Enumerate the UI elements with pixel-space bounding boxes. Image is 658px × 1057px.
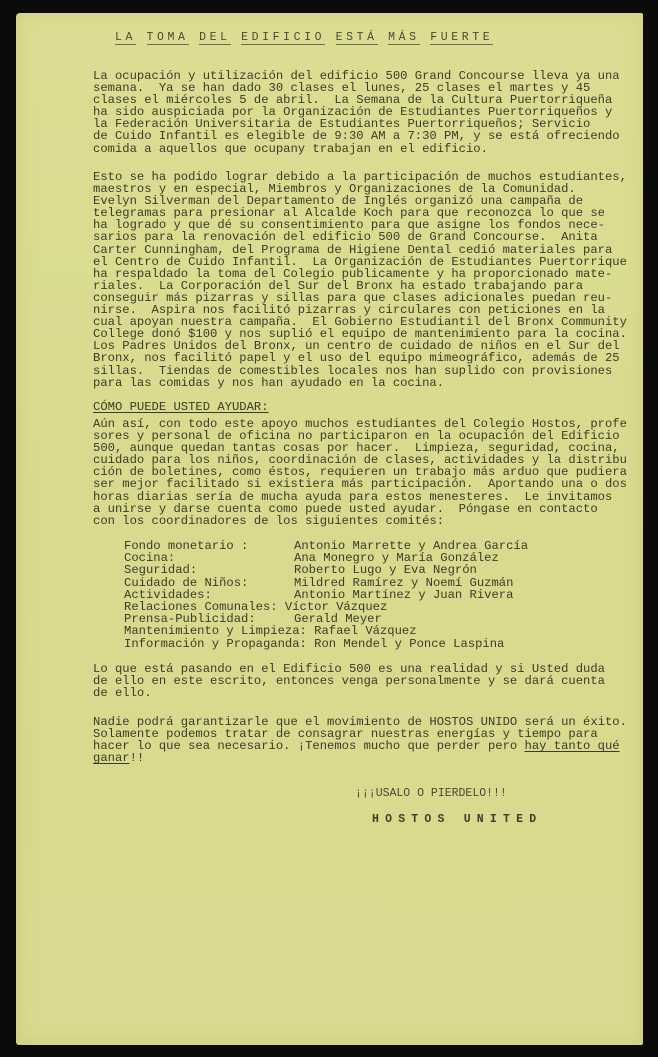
- title-word: DEL: [199, 31, 231, 45]
- committee-title: Cuidado de Niños:: [124, 577, 294, 589]
- committee-row: Seguridad: Roberto Lugo y Eva Negrón: [124, 564, 528, 576]
- closing-emphasis: ganar: [93, 751, 130, 765]
- slogan: ¡¡¡USALO O PIERDELO!!!: [355, 787, 507, 800]
- committee-row: Mantenimiento y Limpieza: Rafael Vázquez: [124, 625, 528, 637]
- typed-flyer-page: LA TOMA DEL EDIFICIO ESTÁ MÁS FUERTE La …: [16, 13, 643, 1045]
- title-word: ESTÁ: [336, 31, 378, 45]
- section-heading-how-to-help: CÓMO PUEDE USTED AYUDAR:: [93, 401, 269, 413]
- committee-coordinators: Roberto Lugo y Eva Negrón: [294, 564, 477, 576]
- title-word: FUERTE: [430, 31, 493, 45]
- committee-title: Información y Propaganda:: [124, 638, 307, 650]
- committee-title: Seguridad:: [124, 564, 294, 576]
- committee-coordinators: Ron Mendel y Ponce Laspina: [314, 638, 504, 650]
- committee-list: Fondo monetario : Antonio Marrette y And…: [124, 540, 528, 650]
- paragraph-occupation-summary: La ocupación y utilización del edificio …: [93, 70, 620, 155]
- title-word: EDIFICIO: [241, 31, 325, 45]
- committee-row: Cuidado de Niños: Mildred Ramírez y Noem…: [124, 577, 528, 589]
- paragraph-closing: Nadie podrá garantizarle que el movimien…: [93, 716, 627, 764]
- title-word: MÁS: [388, 31, 420, 45]
- document-title: LA TOMA DEL EDIFICIO ESTÁ MÁS FUERTE: [115, 31, 493, 44]
- title-word: TOMA: [147, 31, 189, 45]
- paragraph-reality: Lo que está pasando en el Edificio 500 e…: [93, 663, 605, 699]
- closing-emphasis: hay tanto qué: [525, 739, 620, 753]
- committee-row: Información y Propaganda: Ron Mendel y P…: [124, 638, 528, 650]
- paragraph-community-support: Esto se ha podido lograr debido a la par…: [93, 171, 627, 389]
- committee-coordinators: Mildred Ramírez y Noemí Guzmán: [294, 577, 513, 589]
- committee-coordinators: Rafael Vázquez: [314, 625, 416, 637]
- closing-punctuation: !!: [130, 751, 145, 765]
- committee-title: Mantenimiento y Limpieza:: [124, 625, 307, 637]
- signature: HOSTOS UNITED: [372, 813, 542, 826]
- title-word: LA: [115, 31, 136, 45]
- paragraph-call-to-action: Aún así, con todo este apoyo muchos estu…: [93, 418, 627, 527]
